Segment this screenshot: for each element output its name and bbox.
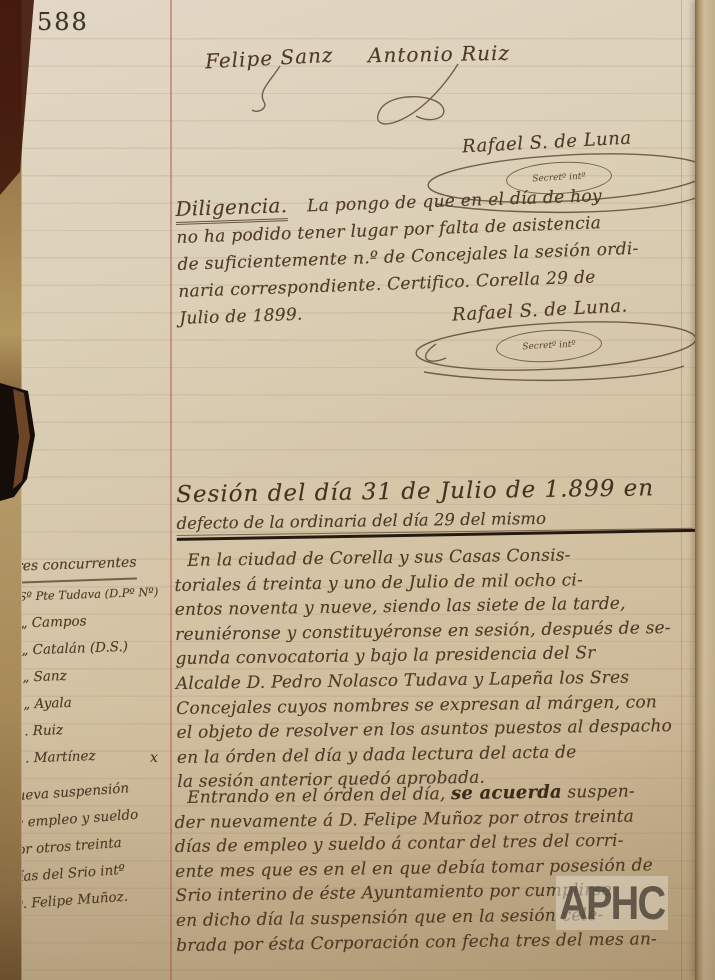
signature-rafael-de-luna: Rafael S. de Luna. — [452, 295, 629, 325]
secretary-stamp-oval: Secretº intº — [495, 327, 603, 365]
aphc-watermark: APHC — [556, 876, 668, 930]
body-text: Entrando en el órden del día, — [187, 784, 451, 808]
margin-attendees: Sres concurrentes S.Sº Pte Tudava (D.Pº … — [6, 548, 176, 773]
stamp-text: Secretº intº — [522, 340, 576, 353]
adjacent-page-edge — [695, 0, 715, 980]
page-number: 588 — [37, 8, 89, 36]
margin-x-mark: x — [150, 750, 158, 766]
session-heading: Sesión del día 31 de Julio de 1.899 en d… — [176, 475, 707, 540]
manuscript-page: 588 Felipe Sanz Antonio Ruiz Rafael S. d… — [0, 0, 715, 980]
signature-antonio-ruiz: Antonio Ruiz — [368, 41, 510, 67]
body-text: suspen- — [562, 782, 635, 803]
attendee-president: S.Sº Pte Tudava (D.Pº Nº) — [7, 578, 170, 611]
watermark-text: APHC — [559, 876, 664, 931]
body-paragraph-1: En la ciudad de Corella y sus Casas Cons… — [174, 542, 707, 795]
diligencia-heading: Diligencia. — [175, 193, 288, 225]
body-paragraph-2: Entrando en el órden del día, se acuerda… — [174, 779, 706, 959]
attendees-heading: Sres concurrentes — [6, 549, 137, 584]
margin-note: Nueva suspensión de empleo y sueldo por … — [4, 772, 181, 918]
signature-rafael-de-luna: Rafael S. de Luna — [462, 128, 632, 158]
page-marker-clip — [0, 377, 42, 505]
secretary-signature-block: Rafael S. de Luna. Secretº intº — [418, 300, 708, 384]
acuerda-emphasis: se acuerda — [451, 782, 562, 805]
